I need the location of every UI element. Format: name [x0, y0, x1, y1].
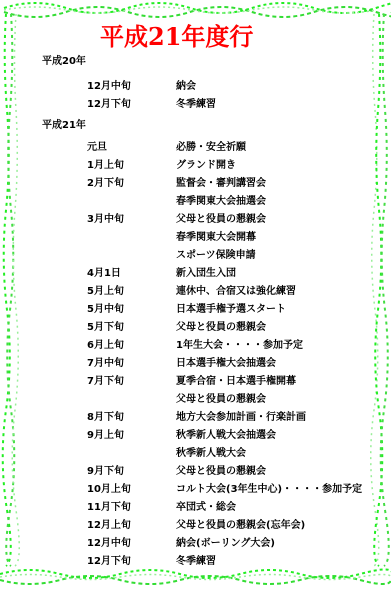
event-name: 納会(ボーリング大会)	[176, 537, 275, 551]
event-date: 12月下旬	[87, 98, 131, 112]
schedule-row: 12月下旬 冬季練習	[0, 98, 391, 112]
event-date: 6月上旬	[87, 339, 124, 353]
event-name: コルト大会(3年生中心)・・・・参加予定	[176, 483, 362, 497]
schedule-row: 2月下旬 監督会・審判講習会	[0, 177, 391, 191]
event-date: 3月中旬	[87, 213, 124, 227]
event-date: 5月下旬	[87, 321, 124, 335]
event-name: 必勝・安全祈願	[176, 141, 246, 155]
event-date: 12月中旬	[87, 537, 131, 551]
schedule-row: 9月下旬 父母と役員の懇親会	[0, 465, 391, 479]
event-name: 父母と役員の懇親会	[176, 213, 266, 227]
schedule-row: 11月下旬 卒団式・総会	[0, 501, 391, 515]
event-name: 夏季合宿・日本選手権開幕	[176, 375, 296, 389]
event-name: 父母と役員の懇親会	[176, 393, 266, 407]
schedule-row: 8月下旬 地方大会参加計画・行楽計画	[0, 411, 391, 425]
schedule-row: 12月下旬 冬季練習	[0, 555, 391, 569]
event-name: 日本選手権大会抽選会	[176, 357, 276, 371]
event-name: 父母と役員の懇親会	[176, 321, 266, 335]
schedule-row: 9月上旬 秋季新人戦大会抽選会	[0, 429, 391, 443]
event-name: 1年生大会・・・・参加予定	[176, 339, 303, 353]
schedule-row: 10月上旬 コルト大会(3年生中心)・・・・参加予定	[0, 483, 391, 497]
event-name: 春季関東大会開幕	[176, 231, 256, 245]
schedule-row: 父母と役員の懇親会	[0, 393, 391, 407]
schedule-row: 12月中旬 納会(ボーリング大会)	[0, 537, 391, 551]
schedule-row: 5月中旬 日本選手権予選スタート	[0, 303, 391, 317]
schedule-row: 7月中旬 日本選手権大会抽選会	[0, 357, 391, 371]
event-name: 父母と役員の懇親会	[176, 465, 266, 479]
schedule-row: 1月上旬 グランド開き	[0, 159, 391, 173]
event-name: 秋季新人戦大会抽選会	[176, 429, 276, 443]
event-name: 日本選手権予選スタート	[176, 303, 286, 317]
event-name: 卒団式・総会	[176, 501, 236, 515]
event-date: 5月上旬	[87, 285, 124, 299]
event-date: 9月下旬	[87, 465, 124, 479]
event-date: 8月下旬	[87, 411, 124, 425]
event-date: 12月上旬	[87, 519, 131, 533]
schedule-row: 7月下旬 夏季合宿・日本選手権開幕	[0, 375, 391, 389]
event-date: 1月上旬	[87, 159, 124, 173]
schedule-row: 5月上旬 連休中、合宿又は強化練習	[0, 285, 391, 299]
schedule-row: 4月1日 新入団生入団	[0, 267, 391, 281]
schedule-row: 元旦 必勝・安全祈願	[0, 141, 391, 155]
schedule-row: 12月中旬 納会	[0, 80, 391, 94]
event-date: 12月下旬	[87, 555, 131, 569]
event-date: 7月中旬	[87, 357, 124, 371]
event-date: 11月下旬	[87, 501, 131, 515]
event-name: グランド開き	[176, 159, 236, 173]
event-name: 冬季練習	[176, 98, 216, 112]
page-title: 平成21年度行	[100, 22, 253, 52]
event-name: 連休中、合宿又は強化練習	[176, 285, 296, 299]
schedule-row: 春季関東大会抽選会	[0, 195, 391, 209]
event-name: 新入団生入団	[176, 267, 236, 281]
event-name: 冬季練習	[176, 555, 216, 569]
schedule-row: 3月中旬 父母と役員の懇親会	[0, 213, 391, 227]
schedule-row: スポーツ保険申請	[0, 249, 391, 263]
event-date: 元旦	[87, 141, 107, 155]
event-date: 9月上旬	[87, 429, 124, 443]
schedule-row: 秋季新人戦大会	[0, 447, 391, 461]
event-name: スポーツ保険申請	[176, 249, 256, 263]
event-name: 納会	[176, 80, 196, 94]
event-date: 10月上旬	[87, 483, 131, 497]
year-heading: 平成21年	[42, 119, 86, 133]
event-name: 秋季新人戦大会	[176, 447, 246, 461]
event-date: 7月下旬	[87, 375, 124, 389]
schedule-row: 6月上旬 1年生大会・・・・参加予定	[0, 339, 391, 353]
event-name: 父母と役員の懇親会(忘年会)	[176, 519, 305, 533]
year-heading: 平成20年	[42, 55, 86, 69]
event-name: 春季関東大会抽選会	[176, 195, 266, 209]
event-name: 監督会・審判講習会	[176, 177, 266, 191]
event-date: 4月1日	[87, 267, 121, 281]
schedule-row: 春季関東大会開幕	[0, 231, 391, 245]
schedule-row: 5月下旬 父母と役員の懇親会	[0, 321, 391, 335]
event-date: 5月中旬	[87, 303, 124, 317]
schedule-row: 12月上旬 父母と役員の懇親会(忘年会)	[0, 519, 391, 533]
event-date: 12月中旬	[87, 80, 131, 94]
event-name: 地方大会参加計画・行楽計画	[176, 411, 306, 425]
event-date: 2月下旬	[87, 177, 124, 191]
